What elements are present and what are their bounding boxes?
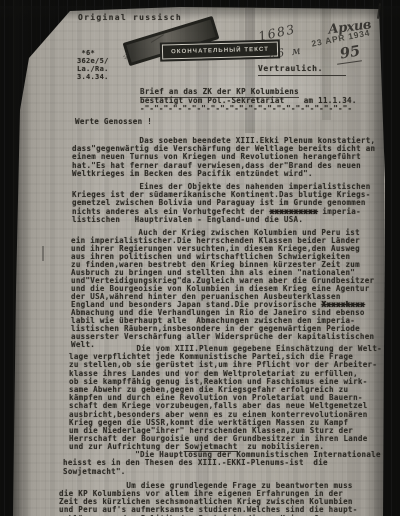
paragraph-6: Um diese grundlegende Frage zu beantwort… — [59, 482, 358, 516]
text-line: Weltkrieges im Becken des Pacifik entzün… — [72, 170, 375, 178]
final-text-stamp-label: ОКОНЧАТЕЛЬНЫЙ ТЕКСТ — [171, 46, 269, 55]
text-segment: imperia- — [318, 207, 361, 216]
text-line: La./Ra. — [77, 65, 109, 73]
paragraph-5-quote: "Die Hauptlosung der Kommunistischen Int… — [63, 451, 381, 476]
photo-edge-shadow-right — [364, 0, 384, 516]
letter-title-line1: Brief an das ZK der KP Kolumbiens — [140, 88, 299, 96]
paragraph-3: Auch der Krieg zwischen Kolumbien und Pe… — [71, 229, 374, 349]
text-segment: Sowjetmacht". — [63, 467, 126, 476]
paragraph-4: Die vom XIII.Plenum gegebene Einschätzun… — [69, 345, 382, 452]
paragraph-2: Eines der Objekte des nahenden imperiali… — [72, 183, 371, 224]
reference-number-block: *6*362e/5/La./Ra.3.4.34. — [77, 49, 109, 81]
text-segment: ausserster Verschärfung aller Widersprüc… — [71, 332, 374, 341]
confidential-marking: Vertraulich. — [258, 65, 346, 76]
photo-edge-shadow-top — [0, 6, 400, 20]
handwritten-page-number: 95 — [339, 42, 362, 62]
text-segment: 362e/5/ — [77, 57, 109, 65]
separator-line: -"-"-"-"-"-"-"-"-"-"-"-"-"-"-"-"-"-"-"-"… — [140, 105, 352, 113]
text-line: Sowjetmacht". — [63, 468, 381, 476]
text-segment: *6* — [77, 49, 95, 57]
text-line: *6* — [77, 49, 109, 57]
text-line: ausserster Verschärfung aller Widersprüc… — [71, 333, 374, 341]
paragraph-1: Das soeben beendete XIII.Ekki Plenum kon… — [72, 137, 375, 178]
text-segment: 3.4.34. — [77, 73, 109, 81]
text-line: 362e/5/ — [77, 57, 109, 65]
pencil-mark — [42, 246, 44, 261]
final-text-stamp: ОКОНЧАТЕЛЬНЫЙ ТЕКСТ — [162, 41, 278, 59]
photo-edge-shadow-left — [13, 0, 33, 516]
text-line: listischen Hauptrivalen - England-und di… — [72, 216, 371, 224]
text-line: 3.4.34. — [77, 73, 109, 81]
scanned-document-photo: Original russisch *6*362e/5/La./Ra.3.4.3… — [0, 0, 400, 516]
text-segment: La./Ra. — [77, 65, 109, 73]
text-segment: listischen Hauptrivalen - England-und di… — [72, 215, 303, 224]
salutation: Werte Genossen ! — [75, 118, 152, 126]
text-segment: Weltkrieges im Becken des Pacifik entzün… — [72, 169, 313, 178]
